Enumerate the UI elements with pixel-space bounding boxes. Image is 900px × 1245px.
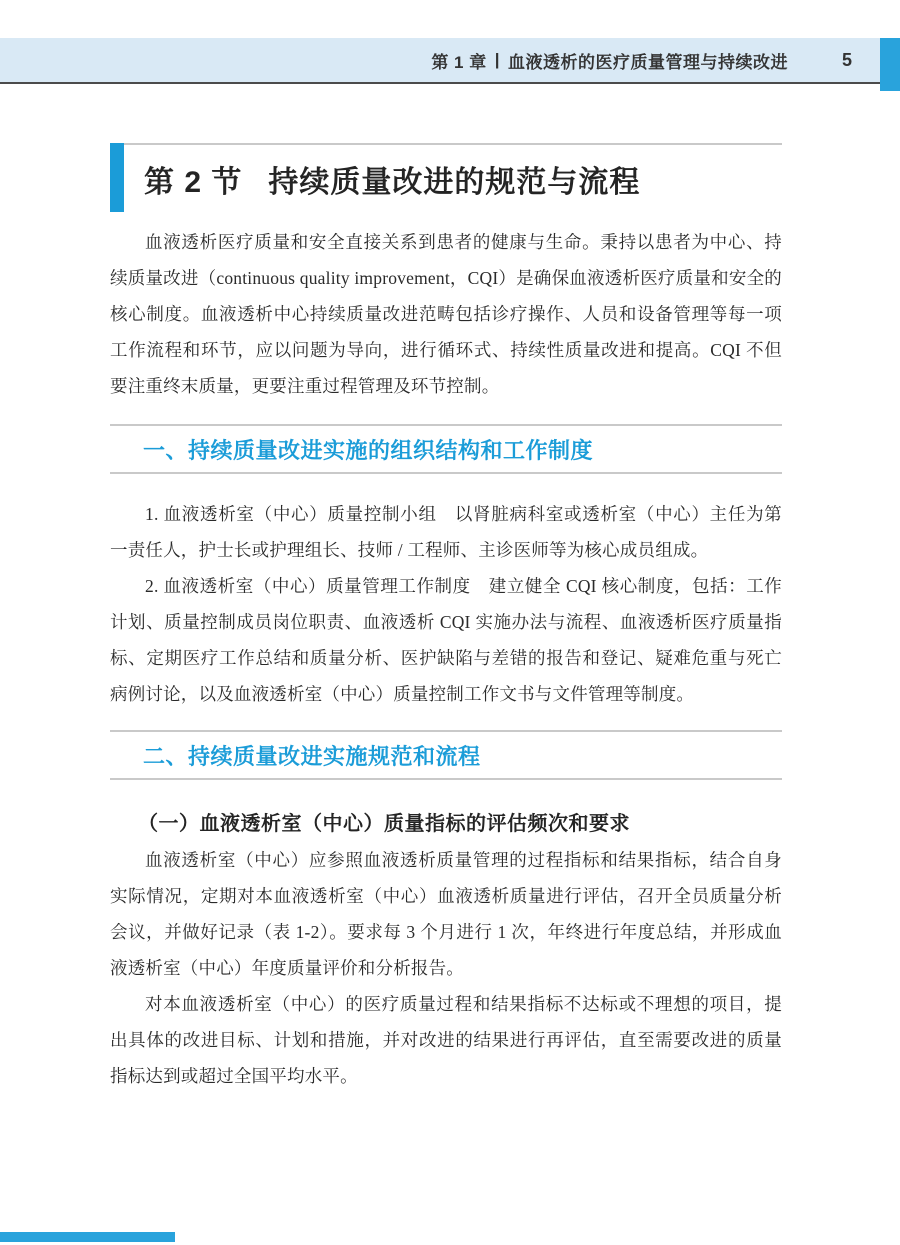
heading-two-text: 二、持续质量改进实施规范和流程 [143,740,481,771]
section-title-block: 第 2 节持续质量改进的规范与流程 [110,143,782,212]
paragraph-evaluation: 血液透析室（中心）应参照血液透析质量管理的过程指标和结果指标，结合自身实际情况，… [110,842,782,986]
section-title-text: 持续质量改进的规范与流程 [268,166,640,199]
header-accent-block [880,38,900,91]
footer-accent-bar [0,1232,175,1242]
page-number: 5 [842,50,852,71]
paragraph-improvement: 对本血液透析室（中心）的医疗质量过程和结果指标不达标或不理想的项目，提出具体的改… [110,986,782,1094]
book-page: 第 1 章 | 血液透析的医疗质量管理与持续改进 5 第 2 节持续质量改进的规… [0,0,900,1245]
text-column: 第 2 节持续质量改进的规范与流程 血液透析医疗质量和安全直接关系到患者的健康与… [110,0,782,1094]
heading-one-text: 一、持续质量改进实施的组织结构和工作制度 [143,434,593,465]
paragraph-item-2: 2. 血液透析室（中心）质量管理工作制度 建立健全 CQI 核心制度，包括：工作… [110,568,782,712]
section-title: 第 2 节持续质量改进的规范与流程 [144,157,640,201]
heading-one: 一、持续质量改进实施的组织结构和工作制度 [110,424,782,474]
heading-two: 二、持续质量改进实施规范和流程 [110,730,782,780]
paragraph-item-1: 1. 血液透析室（中心）质量控制小组 以肾脏病科室或透析室（中心）主任为第一责任… [110,496,782,568]
section-label: 第 2 节 [144,166,242,199]
section-accent-bar [110,143,124,212]
paragraph-intro: 血液透析医疗质量和安全直接关系到患者的健康与生命。秉持以患者为中心、持续质量改进… [110,224,782,404]
sub-heading: （一）血液透析室（中心）质量指标的评估频次和要求 [138,806,782,842]
